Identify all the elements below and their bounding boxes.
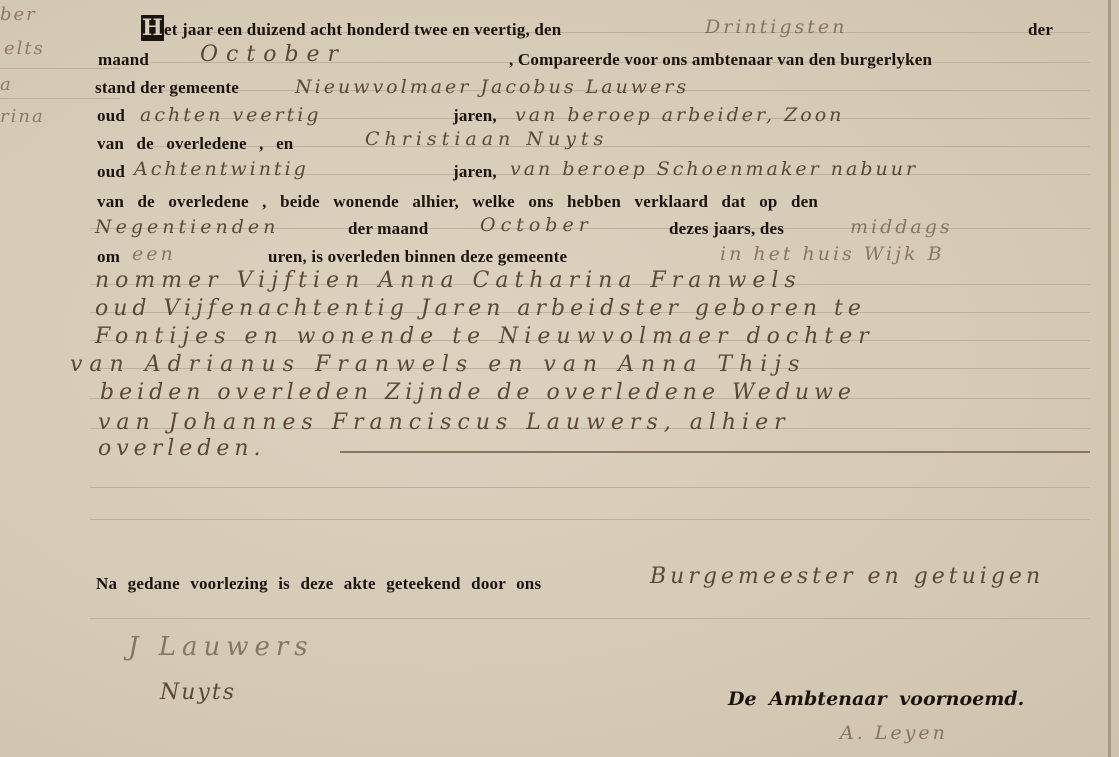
handwritten-text: van beroep Schoenmaker nabuur — [510, 158, 918, 180]
handwritten-day: Negentienden — [95, 216, 279, 238]
official-title: De Ambtenaar voornoemd. — [728, 688, 1024, 710]
handwritten-line: van Adrianus Franwels en van Anna Thijs — [70, 354, 806, 376]
ruled-line — [90, 618, 1090, 619]
printed-text: oud — [97, 106, 125, 126]
printed-text: der maand — [348, 219, 428, 239]
handwritten-text: Nieuwvolmaer Jacobus Lauwers — [295, 76, 689, 98]
handwritten-line: overleden. — [98, 438, 266, 460]
handwritten-month: October — [200, 44, 346, 66]
handwritten-hour: een — [132, 243, 176, 265]
printed-text: om — [97, 247, 120, 267]
margin-note: a — [0, 74, 13, 95]
handwritten-time: middags — [850, 216, 953, 238]
ruled-line — [90, 519, 1090, 520]
handwritten-line: nommer Vijftien Anna Catharina Franwels — [95, 270, 802, 292]
printed-text: jaren, — [453, 106, 497, 126]
handwritten-line: van Johannes Franciscus Lauwers, alhier — [98, 412, 791, 434]
printed-text: et jaar een duizend acht honderd twee en… — [164, 20, 561, 39]
printed-text: van de overledene , en — [97, 134, 293, 154]
printed-text: maand — [98, 50, 149, 70]
printed-text: uren, is overleden binnen deze gemeente — [268, 247, 567, 267]
handwritten-line: oud Vijfenachtentig Jaren arbeidster geb… — [95, 298, 866, 320]
dropcap: H — [141, 15, 164, 41]
printed-text: stand der gemeente — [95, 78, 239, 98]
page-edge — [1108, 0, 1111, 757]
handwritten-text: van beroep arbeider, Zoon — [515, 104, 844, 126]
ruled-line — [0, 98, 120, 99]
closing-statement: Na gedane voorlezing is deze akte geteek… — [96, 574, 541, 594]
signature-witness-1: J Lauwers — [128, 636, 314, 658]
handwritten-day: Drintigsten — [705, 16, 847, 38]
handwritten-signatories: Burgemeester en getuigen — [650, 566, 1044, 588]
handwritten-month: October — [480, 214, 593, 236]
printed-line-1: Het jaar een duizend acht honderd twee e… — [141, 18, 561, 40]
handwritten-text: Christiaan Nuyts — [365, 128, 608, 150]
printed-text: jaren, — [453, 162, 497, 182]
ruled-line — [90, 487, 1090, 488]
printed-text: , Compareerde voor ons ambtenaar van den… — [509, 50, 932, 70]
handwritten-age: Achtentwintig — [134, 158, 309, 180]
handwritten-text: in het huis Wijk B — [720, 243, 945, 265]
handwritten-line: beiden overleden Zijnde de overledene We… — [100, 382, 856, 404]
closing-rule — [340, 451, 1090, 453]
margin-note: elts — [4, 38, 45, 59]
margin-note: rina — [0, 106, 45, 127]
printed-text: oud — [97, 162, 125, 182]
signature-official: A. Leyen — [840, 722, 948, 744]
handwritten-age: achten veertig — [140, 104, 322, 126]
printed-text: der — [1028, 20, 1053, 40]
margin-note: ber — [0, 4, 37, 25]
signature-witness-2: Nuyts — [160, 682, 236, 704]
handwritten-line: Fontijes en wonende te Nieuwvolmaer doch… — [95, 326, 875, 348]
printed-text: van de overledene , beide wonende alhier… — [97, 192, 818, 212]
printed-text: dezes jaars, des — [669, 219, 784, 239]
